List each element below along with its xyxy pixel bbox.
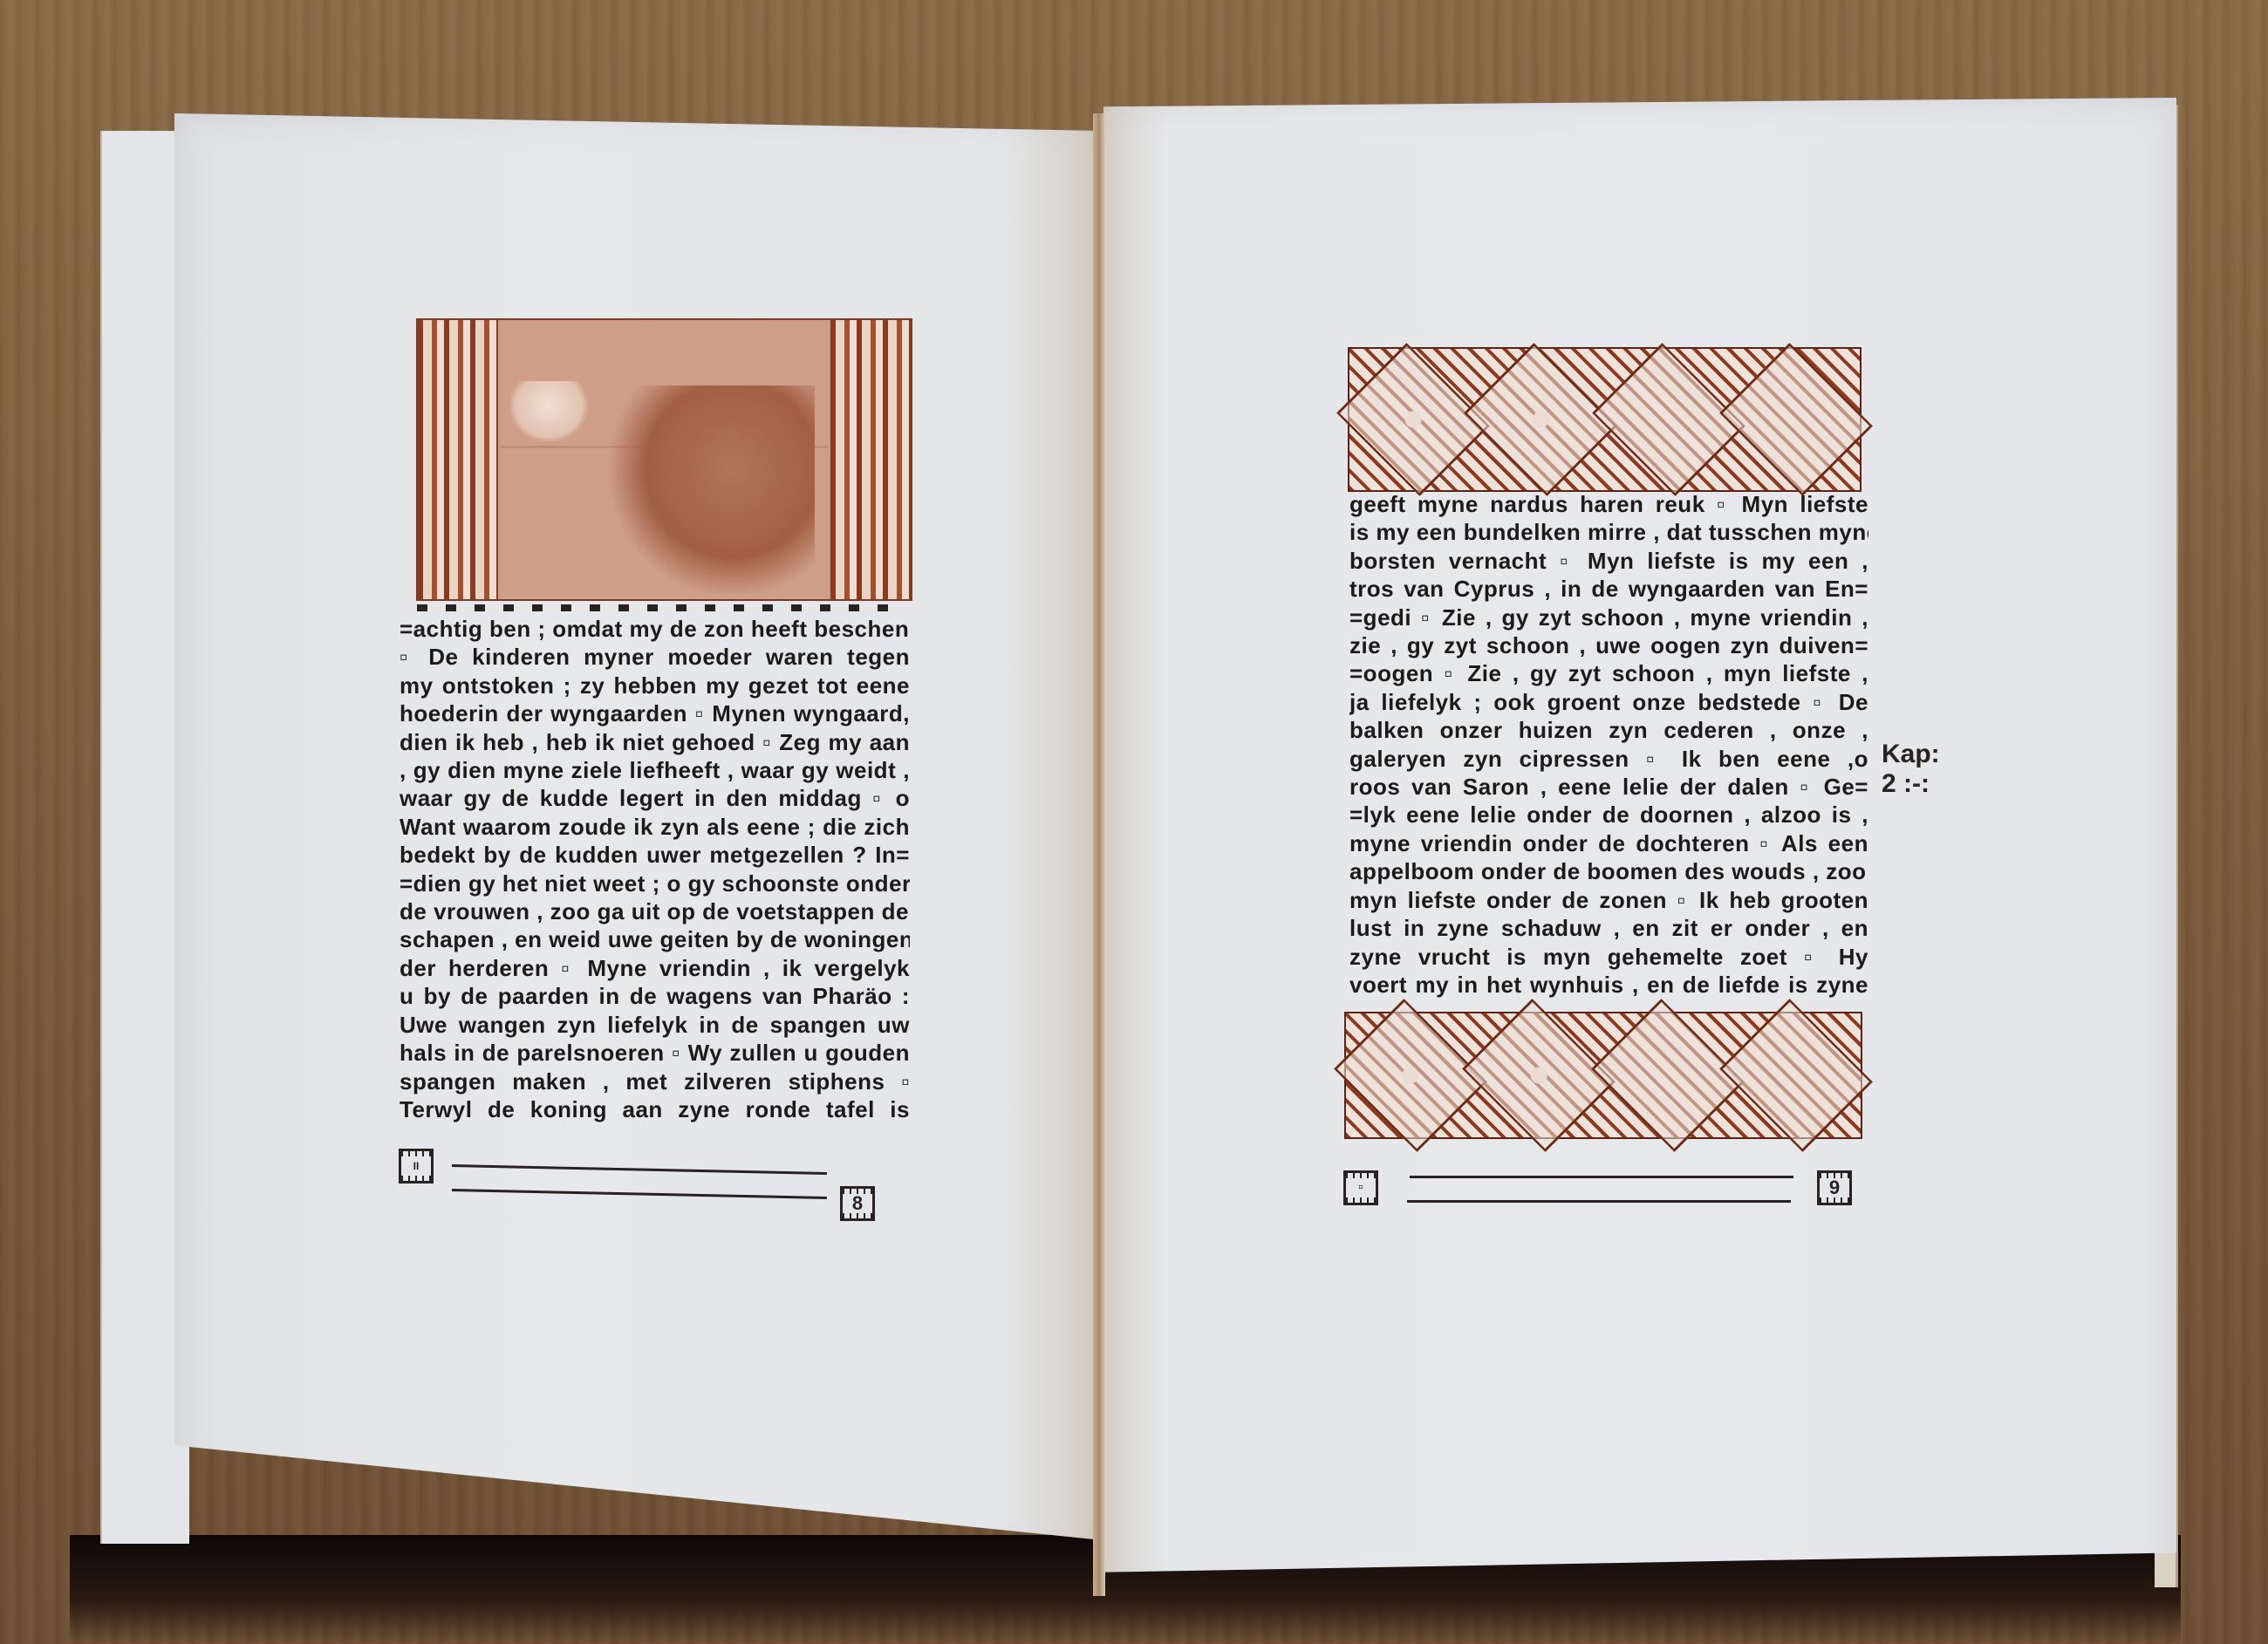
text-line: Terwyl de koning aan zyne ronde tafel is bbox=[400, 1095, 910, 1123]
lamb-figure bbox=[509, 381, 588, 442]
page-number-9: 9 bbox=[1817, 1170, 1852, 1205]
text-line: my ontstoken ; zy hebben my gezet tot ee… bbox=[400, 672, 910, 699]
quatrefoil-diamond bbox=[1462, 999, 1616, 1152]
text-line: schapen , en weid uwe geiten by de wonin… bbox=[400, 925, 910, 953]
chapter-marker: Kap: 2 :-: bbox=[1882, 740, 1940, 799]
folio-ornament-right: ▫ bbox=[1343, 1170, 1378, 1205]
quatrefoil-diamond bbox=[1336, 343, 1490, 496]
text-line: myn liefste onder de zonen ▫ Ik heb groo… bbox=[1349, 886, 1868, 914]
text-line: waar gy de kudde legert in den middag ▫ … bbox=[400, 784, 910, 812]
text-line: Want waarom zoude ik zyn als eene ; die … bbox=[400, 813, 910, 841]
text-line: =gedi ▫ Zie , gy zyt schoon , myne vrien… bbox=[1349, 604, 1868, 631]
quatrefoil-diamond bbox=[1334, 999, 1487, 1152]
text-line: bedekt by de kudden uwer metgezellen ? I… bbox=[400, 841, 910, 869]
book-gutter bbox=[1093, 113, 1105, 1596]
text-line: roos van Saron , eene lelie der dalen ▫ … bbox=[1349, 773, 1868, 801]
text-line: hals in de parelsnoeren ▫ Wy zullen u go… bbox=[400, 1039, 910, 1067]
gothic-leaf-column-left bbox=[418, 320, 498, 599]
ornament-glyph: ▫ bbox=[1358, 1180, 1363, 1196]
text-line: voert my in het wynhuis , en de liefde i… bbox=[1349, 971, 1868, 999]
text-line: is my een bundelken mirre , dat tusschen… bbox=[1349, 518, 1868, 546]
text-line: ja liefelyk ; ook groent onze bedstede ▫… bbox=[1349, 688, 1868, 716]
text-line: tros van Cyprus , in de wyngaarden van E… bbox=[1349, 575, 1868, 603]
gothic-ornament-band-top bbox=[1348, 347, 1862, 492]
folio-ornament-left: II bbox=[399, 1149, 434, 1184]
text-line: , gy dien myne ziele liefheeft , waar gy… bbox=[400, 756, 910, 784]
text-line: Uwe wangen zyn liefelyk in de spangen uw bbox=[400, 1011, 910, 1039]
text-line: geeft myne nardus haren reuk ▫ Myn liefs… bbox=[1349, 490, 1868, 518]
quatrefoil-diamond bbox=[1465, 343, 1618, 496]
text-line: myne vriendin onder de dochteren ▫ Als e… bbox=[1349, 829, 1868, 857]
quatrefoil-diamond bbox=[1719, 999, 1873, 1152]
chapter-label: Kap: bbox=[1882, 740, 1940, 769]
text-line: appelboom onder de boomen des wouds , zo… bbox=[1349, 857, 1868, 885]
chapter-number: 2 bbox=[1882, 769, 1896, 798]
quatrefoil-diamond bbox=[1592, 343, 1745, 496]
text-line: ▫ De kinderen myner moeder waren tegen bbox=[400, 643, 910, 671]
footer-rule-top bbox=[1410, 1176, 1793, 1178]
text-line: de vrouwen , zoo ga uit op de voetstappe… bbox=[400, 897, 910, 925]
chapter-suffix: :-: bbox=[1903, 769, 1930, 798]
text-line: zie , gy zyt schoon , uwe oogen zyn duiv… bbox=[1349, 631, 1868, 659]
text-line: galeryen zyn cipressen ▫ Ik ben eene ,o bbox=[1349, 745, 1868, 773]
text-line: zyne vrucht is myn gehemelte zoet ▫ Hy bbox=[1349, 943, 1868, 971]
page-number-8: 8 bbox=[840, 1186, 875, 1221]
text-line: =oogen ▫ Zie , gy zyt schoon , myn liefs… bbox=[1349, 659, 1868, 687]
text-line: u by de paarden in de wagens van Pharäo … bbox=[400, 982, 910, 1010]
page-number: 8 bbox=[852, 1192, 863, 1215]
quatrefoil-diamond bbox=[1591, 999, 1745, 1152]
text-line: =lyk eene lelie onder de doornen , alzoo… bbox=[1349, 801, 1868, 829]
text-line: dien ik heb , heb ik niet gehoed ▫ Zeg m… bbox=[400, 728, 910, 756]
gothic-leaf-column-right bbox=[830, 320, 911, 599]
footer-rule-bottom bbox=[1407, 1200, 1791, 1203]
text-line: =achtig ben ; omdat my de zon heeft besc… bbox=[400, 615, 910, 643]
text-line: =dien gy het niet weet ; o gy schoonste … bbox=[400, 870, 910, 897]
quatrefoil-diamond bbox=[1719, 343, 1873, 496]
seated-shepherdess-figure bbox=[610, 385, 815, 595]
text-line: der herderen ▫ Myne vriendin , ik vergel… bbox=[400, 954, 910, 982]
text-line: balken onzer huizen zyn cederen , onze , bbox=[1349, 716, 1868, 744]
dashed-divider bbox=[417, 604, 905, 611]
page-number: 9 bbox=[1829, 1177, 1840, 1199]
shepherdess-illustration bbox=[416, 318, 912, 601]
text-line: borsten vernacht ▫ Myn liefste is my een… bbox=[1349, 547, 1868, 575]
text-line: lust in zyne schaduw , en zit er onder ,… bbox=[1349, 914, 1868, 942]
text-line: hoederin der wyngaarden ▫ Mynen wyngaard… bbox=[400, 699, 910, 727]
left-page-text: =achtig ben ; omdat my de zon heeft besc… bbox=[400, 615, 910, 1123]
text-line: spangen maken , met zilveren stiphens ▫ bbox=[400, 1068, 910, 1095]
ornament-glyph: II bbox=[413, 1160, 420, 1172]
gothic-ornament-band-bottom bbox=[1344, 1012, 1862, 1139]
right-page-text: geeft myne nardus haren reuk ▫ Myn liefs… bbox=[1349, 490, 1868, 999]
